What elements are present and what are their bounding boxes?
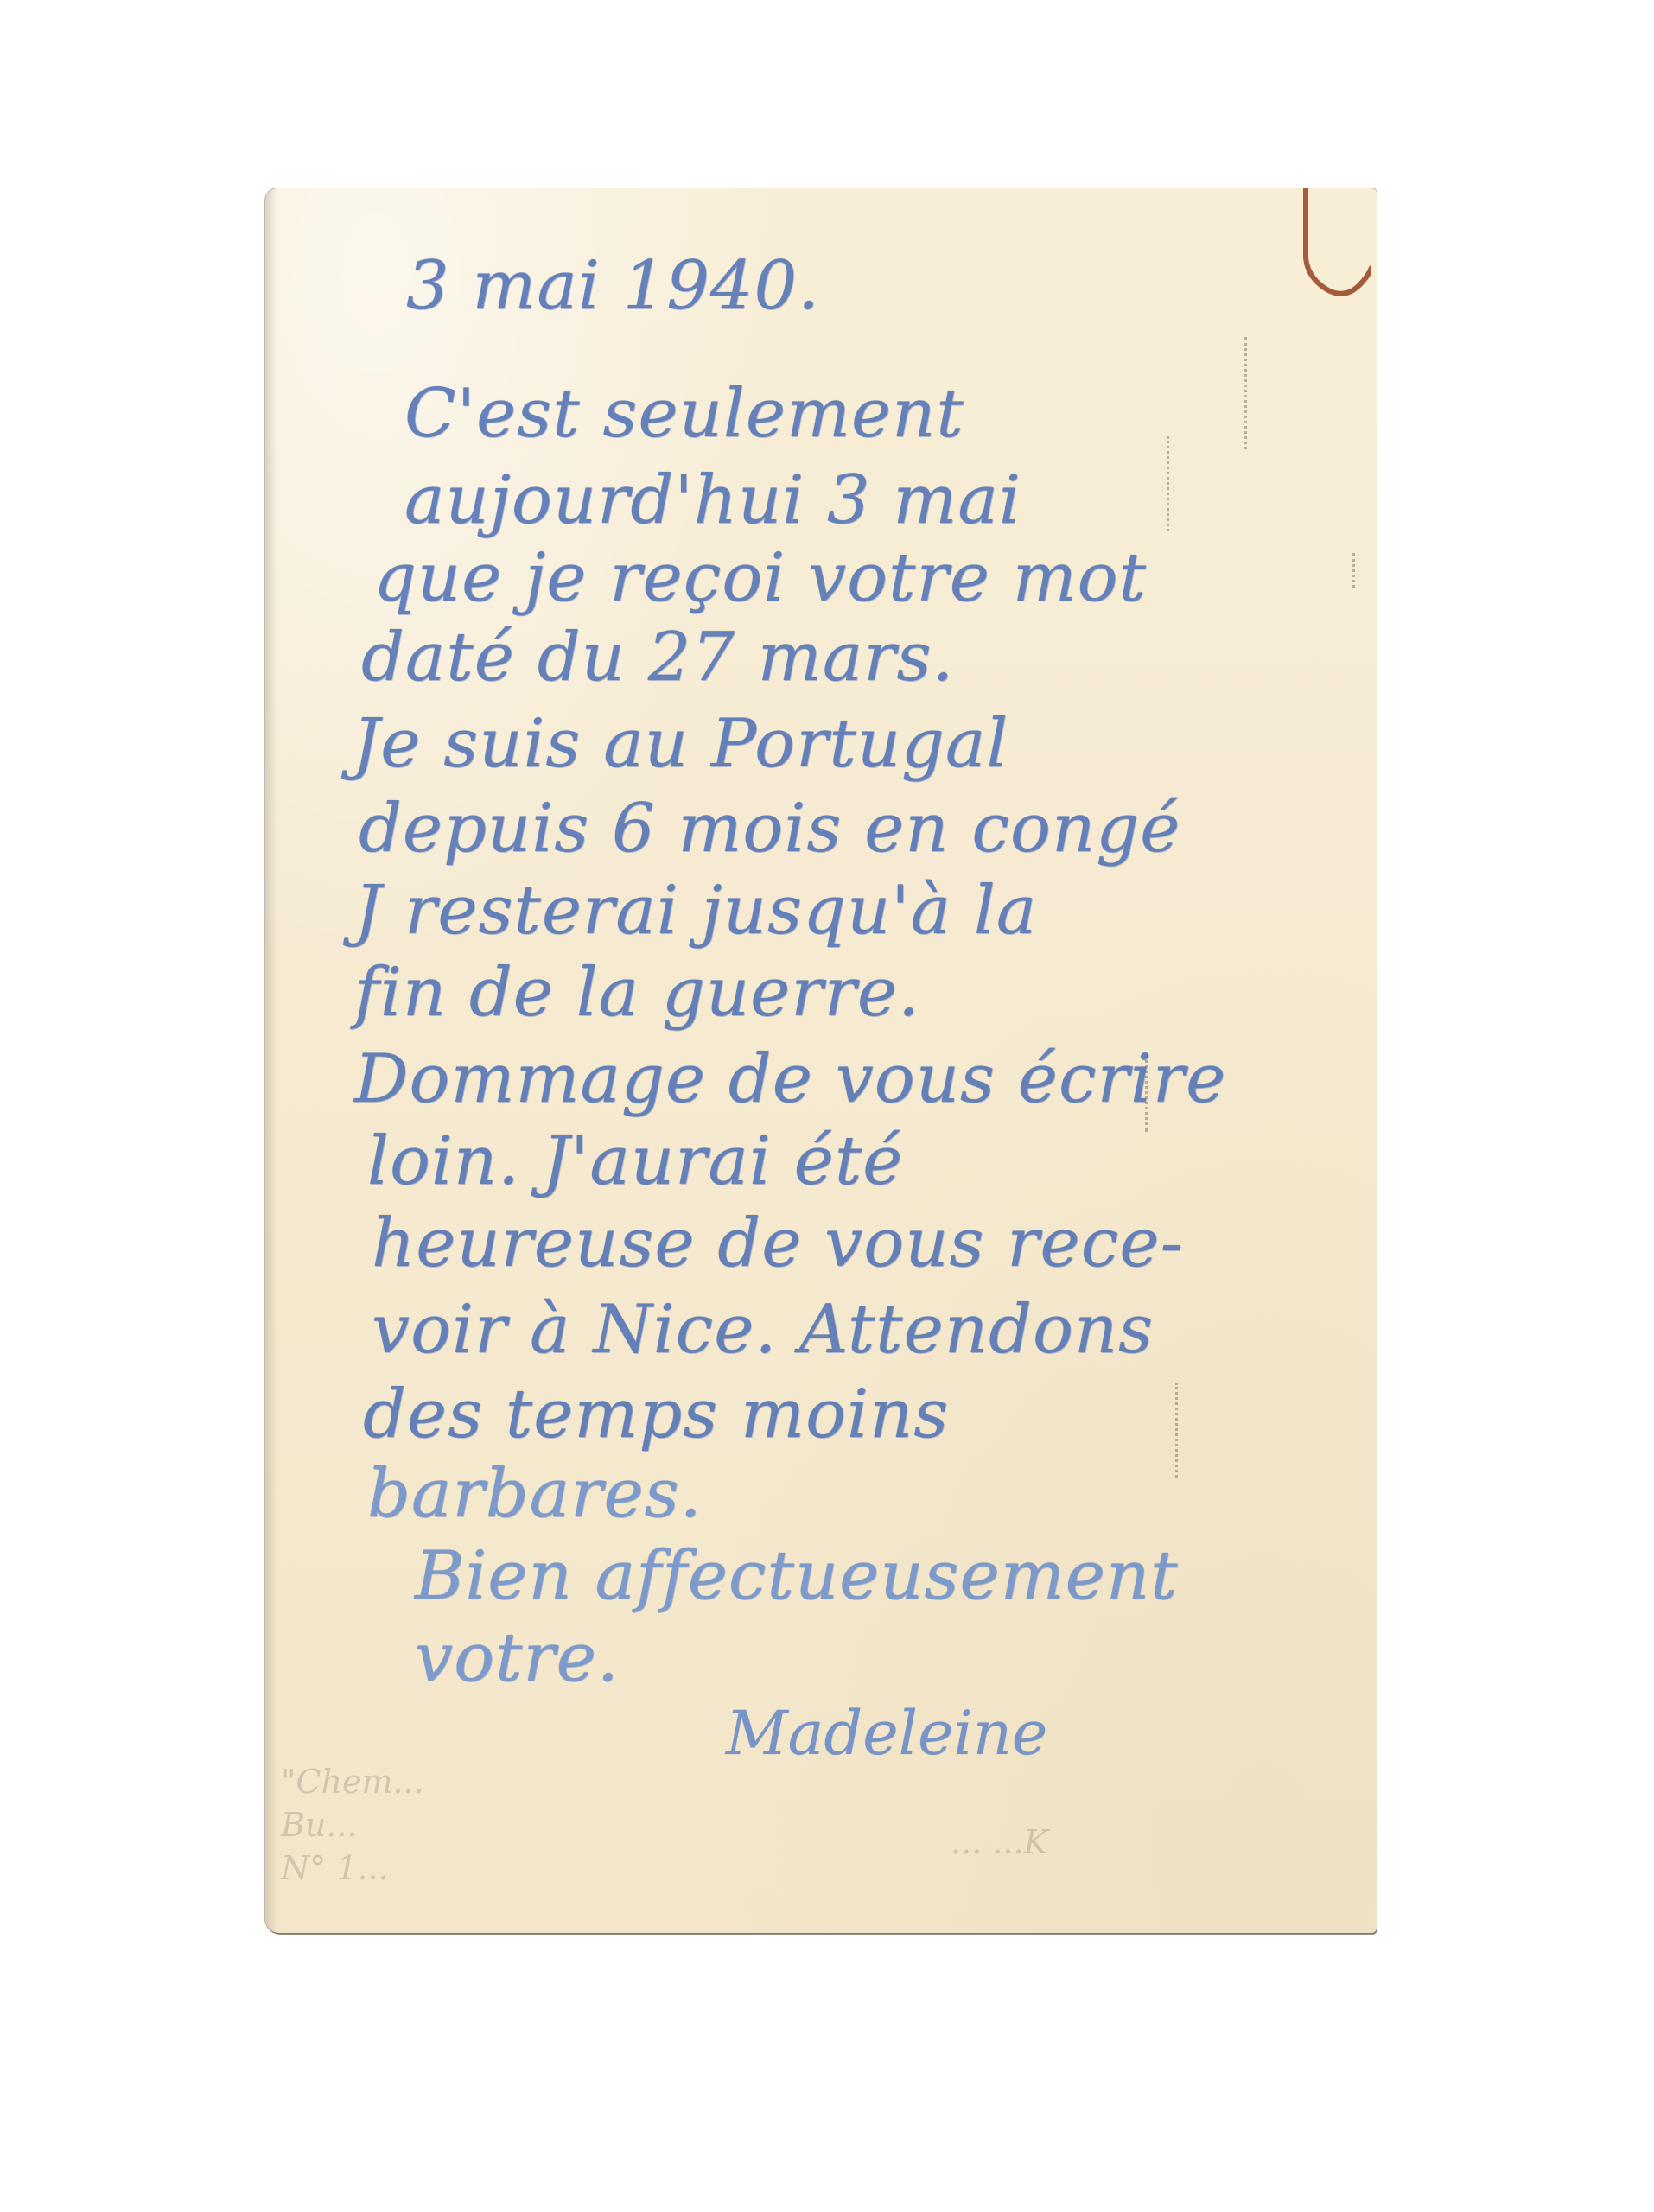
pencil-note: "Chem... [281, 1763, 424, 1801]
card-worn-edge [265, 188, 277, 1933]
letter-line: loin. J'aurai été [367, 1128, 903, 1195]
letter-line: depuis 6 mois en congé [359, 795, 1180, 862]
letter-line: fin de la guerre. [354, 959, 920, 1027]
date-line: 3 mai 1940. [406, 252, 820, 320]
letter-line: que je reçoi votre mot [373, 544, 1147, 612]
closing-line: votre. [415, 1624, 620, 1692]
pencil-note: Bu... [281, 1806, 358, 1844]
faint-stamp-trace [1244, 337, 1247, 449]
faint-stamp-trace [1167, 436, 1169, 531]
letter-line: barbares. [367, 1460, 702, 1528]
pencil-note: N° 1... [281, 1849, 389, 1887]
red-pencil-mark [1299, 188, 1371, 302]
letter-line: J resterai jusqu'à la [354, 877, 1037, 944]
letter-line: Je suis au Portugal [353, 710, 1008, 778]
letter-line: aujourd'hui 3 mai [404, 467, 1021, 534]
faint-stamp-trace [1175, 1382, 1178, 1478]
faint-stamp-trace [1352, 553, 1355, 588]
letter-line: daté du 27 mars. [361, 624, 954, 691]
letter-line: C'est seulement [404, 380, 964, 448]
pencil-note: ... ...K [951, 1823, 1048, 1861]
letter-line: des temps moins [363, 1381, 949, 1448]
signature: Madeleine [726, 1698, 1047, 1769]
letter-line: heureuse de vous rece- [372, 1210, 1184, 1277]
closing-line: Bien affectueusement [415, 1542, 1178, 1610]
letter-line: voir à Nice. Attendons [372, 1296, 1154, 1363]
letter-line: Dommage de vous écrire [354, 1046, 1226, 1113]
